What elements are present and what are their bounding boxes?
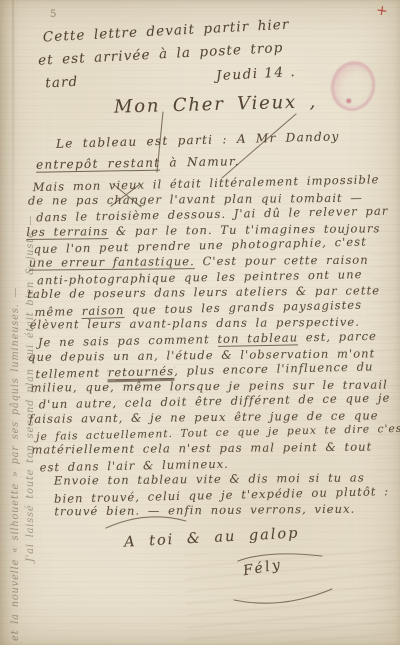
scanned-letter-page: { "colors": { "ink": "#483826", "paper":…: [0, 0, 400, 645]
margin-note-line1: J'ai laissé toute ton second plan qui ét…: [25, 215, 36, 562]
underlined-word: les terrains: [26, 224, 108, 240]
underlined-word: ton tableau: [217, 330, 298, 347]
red-cross-mark: +: [375, 2, 389, 19]
line-text: Je ne sais pas comment: [38, 332, 218, 349]
line-text: , plus encore l'influence du: [174, 360, 374, 379]
line-text: est, parce: [298, 329, 377, 345]
line-text: Mais mon vieux: [33, 178, 146, 195]
line-text: trouvé bien. — enfin nous verrons, vieux…: [54, 502, 355, 519]
pencil-number: 5: [50, 9, 56, 20]
letter-body: Mais mon vieux il était littéralement im…: [26, 173, 400, 521]
underlined-word: une erreur fantastique.: [29, 254, 195, 270]
line-text: tellement: [35, 366, 108, 382]
line-text: C'est pour cette raison: [195, 253, 369, 269]
opening-line2-rest: à Namur.: [160, 154, 240, 169]
header-note: Cette lettre devait partir hier et est a…: [42, 14, 292, 96]
double-underlined-word: retournés: [108, 364, 175, 381]
paper-crease: [12, 0, 14, 300]
underlined-word: entrepôt restant: [36, 156, 161, 173]
margin-note-line2: et la nouvelle « silhouette » par ses pâ…: [10, 287, 21, 641]
